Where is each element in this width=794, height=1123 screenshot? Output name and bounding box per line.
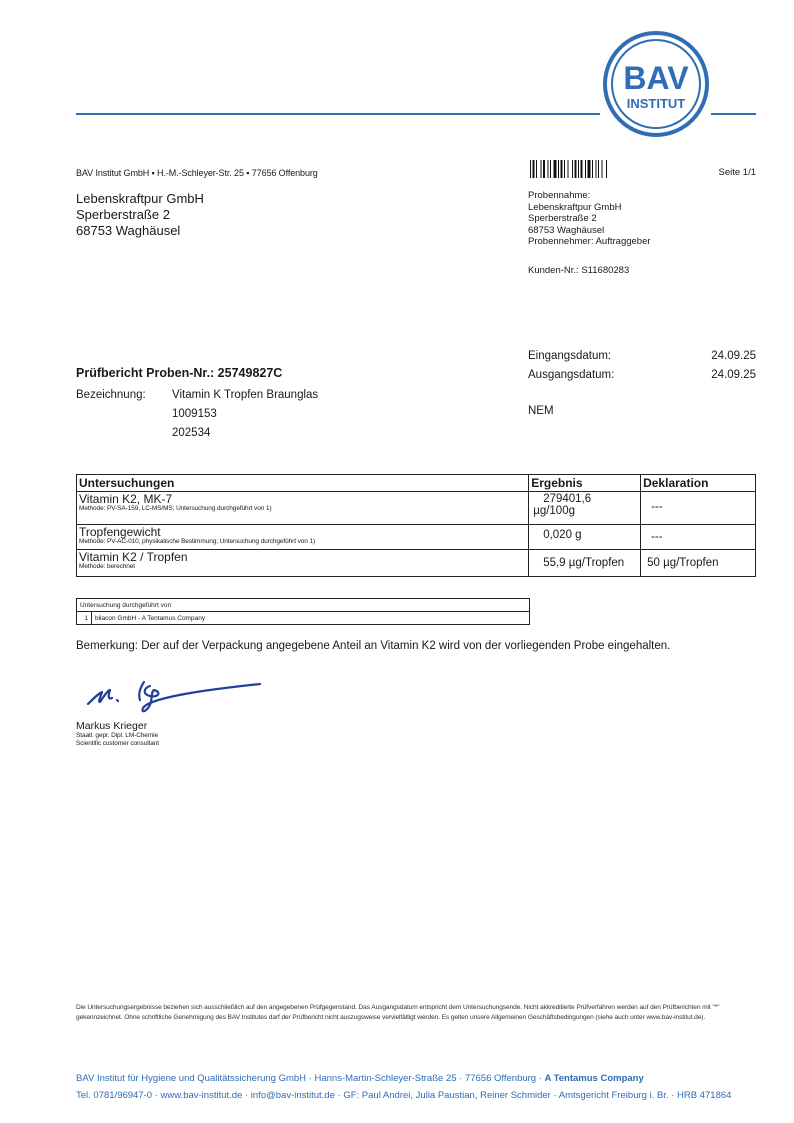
table-row: Vitamin K2 / Tropfen Methode: berechnet … [77, 550, 756, 577]
sampling-name: Lebenskraftpur GmbH [528, 202, 651, 214]
sampler: Probennehmer: Auftraggeber [528, 236, 651, 248]
barcode [530, 160, 671, 178]
analyte-method: Methode: PV-AC-010, physikalische Bestim… [77, 538, 528, 549]
svg-text:INSTITUT: INSTITUT [627, 96, 686, 111]
sampling-info: Probennahme: Lebenskraftpur GmbH Sperber… [528, 190, 651, 248]
issued-date: 24.09.25 [711, 366, 756, 385]
footer-group-name: A Tentamus Company [545, 1073, 644, 1084]
results-table: Untersuchungen Ergebnis Deklaration Vita… [76, 474, 756, 577]
column-header-analysis: Untersuchungen [77, 475, 529, 492]
analysis-cell: Tropfengewicht Methode: PV-AC-010, physi… [77, 525, 529, 550]
table-row: Tropfengewicht Methode: PV-AC-010, physi… [77, 525, 756, 550]
page-number: Seite 1/1 [712, 167, 756, 178]
report-title: Prüfbericht Proben-Nr.: 25749827C [76, 366, 282, 380]
footer-company-line: BAV Institut für Hygiene und Qualitätssi… [76, 1070, 758, 1087]
result-value: 279401,6 [533, 493, 638, 505]
designation-label: Bezeichnung: [76, 386, 176, 405]
performed-by-table: Untersuchung durchgeführt von 1 bilacon … [76, 598, 530, 625]
result-unit: µg/100g [533, 505, 638, 517]
footer-contact-line: Tel. 0781/96947-0 · www.bav-institut.de … [76, 1087, 758, 1104]
lab-number: 1 [77, 612, 92, 625]
disclaimer: Die Untersuchungsergebnisse beziehen sic… [76, 1003, 758, 1023]
signer-block: Markus Krieger Staatl. gepr. Dipl. LM-Ch… [76, 720, 159, 748]
performed-by-header-row: Untersuchung durchgeführt von [77, 599, 530, 612]
analyte-method: Methode: PV-SA-159, LC-MS/MS; Untersuchu… [77, 505, 528, 516]
result-cell: 55,9 µg/Tropfen [529, 550, 641, 577]
designation-line: Vitamin K Tropfen Braunglas [172, 386, 318, 405]
analyte-name: Vitamin K2, MK-7 [77, 492, 528, 505]
received-row: Eingangsdatum: 24.09.25 [528, 347, 756, 366]
column-header-result: Ergebnis [529, 475, 641, 492]
analyte-method: Methode: berechnet [77, 563, 528, 574]
analyte-name: Vitamin K2 / Tropfen [77, 550, 528, 563]
signer-title: Staatl. gepr. Dipl. LM-Chemie [76, 732, 159, 740]
issued-row: Ausgangsdatum: 24.09.25 [528, 366, 756, 385]
signer-role: Scientific customer consultant [76, 740, 159, 748]
customer-number: Kunden-Nr.: S11680283 [528, 265, 629, 276]
header-rule-left [76, 113, 600, 115]
recipient-address: Lebenskraftpur GmbH Sperberstraße 2 6875… [76, 191, 204, 239]
analysis-cell: Vitamin K2, MK-7 Methode: PV-SA-159, LC-… [77, 492, 529, 525]
sampling-label: Probennahme: [528, 190, 651, 202]
table-row: Vitamin K2, MK-7 Methode: PV-SA-159, LC-… [77, 492, 756, 525]
declaration-cell: --- [641, 525, 756, 550]
footer: BAV Institut für Hygiene und Qualitätssi… [76, 1070, 758, 1104]
result-value: 55,9 µg/Tropfen [533, 557, 638, 569]
declaration-cell: 50 µg/Tropfen [641, 550, 756, 577]
recipient-city: 68753 Waghäusel [76, 223, 204, 239]
signer-name: Markus Krieger [76, 720, 159, 732]
result-cell: 0,020 g [529, 525, 641, 550]
result-value: 0,020 g [533, 529, 638, 541]
performed-by-header: Untersuchung durchgeführt von [77, 599, 530, 612]
svg-text:BAV: BAV [623, 60, 689, 96]
designation-line: 202534 [172, 424, 318, 443]
sender-address-line: BAV Institut GmbH ▪ H.-M.-Schleyer-Str. … [76, 168, 318, 178]
column-header-declaration: Deklaration [641, 475, 756, 492]
recipient-name: Lebenskraftpur GmbH [76, 191, 204, 207]
declaration-cell: --- [641, 492, 756, 525]
dates-block: Eingangsdatum: 24.09.25 Ausgangsdatum: 2… [528, 347, 756, 385]
designation-line: 1009153 [172, 405, 318, 424]
received-label: Eingangsdatum: [528, 347, 611, 366]
sampling-street: Sperberstraße 2 [528, 213, 651, 225]
sample-category: NEM [528, 405, 554, 417]
result-cell: 279401,6 µg/100g [529, 492, 641, 525]
table-row: 1 bilacon GmbH - A Tentamus Company [77, 612, 530, 625]
footer-company-address: BAV Institut für Hygiene und Qualitätssi… [76, 1073, 545, 1084]
bav-institut-logo: BAV INSTITUT [602, 30, 710, 138]
analyte-name: Tropfengewicht [77, 525, 528, 538]
designation-values: Vitamin K Tropfen Braunglas 1009153 2025… [172, 386, 318, 443]
recipient-street: Sperberstraße 2 [76, 207, 204, 223]
remark: Bemerkung: Der auf der Verpackung angege… [76, 640, 670, 652]
received-date: 24.09.25 [711, 347, 756, 366]
lab-name: bilacon GmbH - A Tentamus Company [92, 612, 530, 625]
analysis-cell: Vitamin K2 / Tropfen Methode: berechnet [77, 550, 529, 577]
signature [84, 674, 264, 722]
table-header-row: Untersuchungen Ergebnis Deklaration [77, 475, 756, 492]
sampling-city: 68753 Waghäusel [528, 225, 651, 237]
issued-label: Ausgangsdatum: [528, 366, 614, 385]
header-rule-right [711, 113, 756, 115]
